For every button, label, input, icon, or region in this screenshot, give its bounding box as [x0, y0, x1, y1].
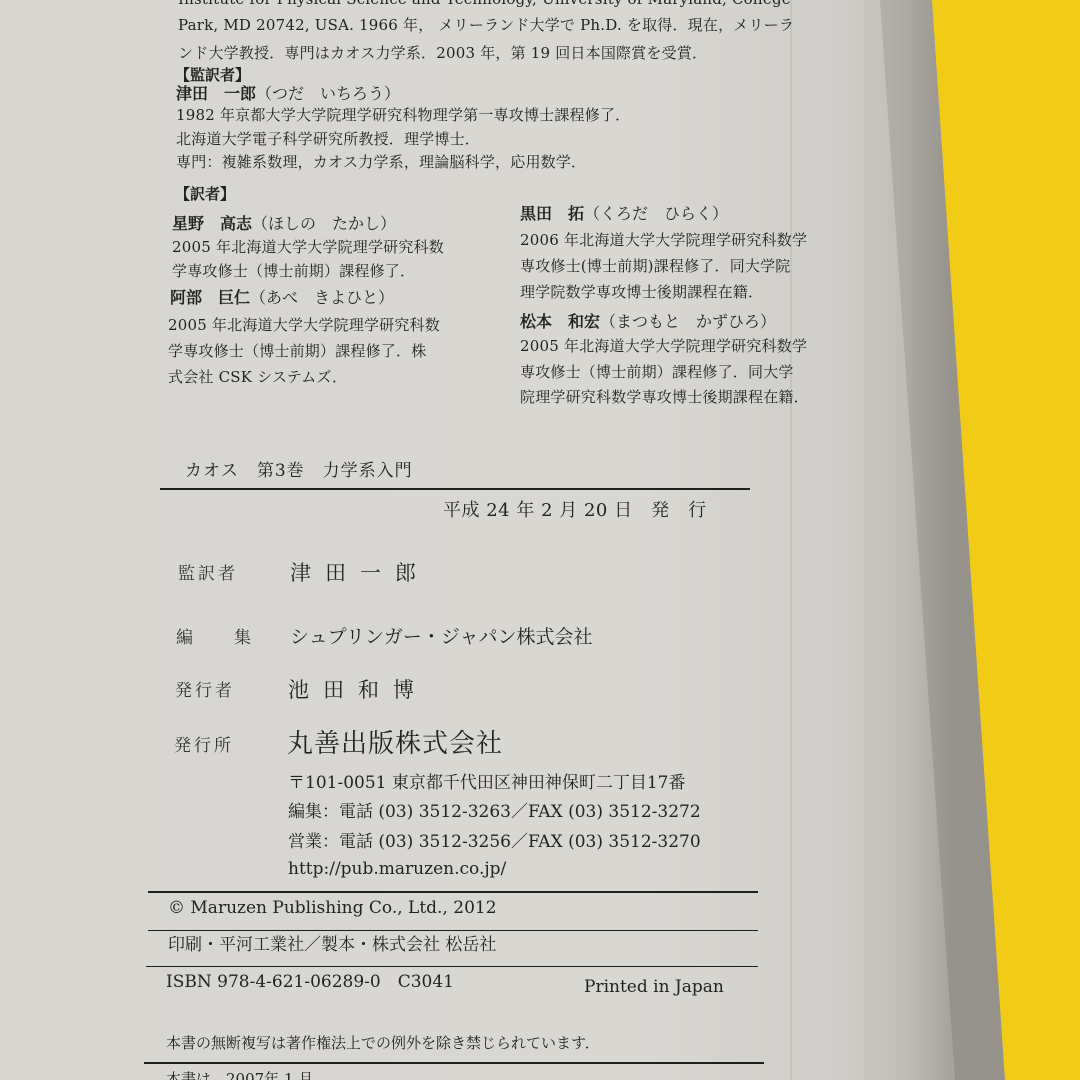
- page-fold-shadow: [790, 0, 792, 1080]
- divider-rule: [144, 1062, 764, 1064]
- divider-rule: [146, 966, 758, 967]
- book-title: カオス 第3巻 力学系入門: [185, 463, 413, 480]
- issuer-label: 発行者: [175, 683, 235, 700]
- translator-reading: （くろだ ひらく）: [584, 204, 728, 223]
- supervisor-bio-1: 1982 年京都大学大学院理学研究科物理学第一専攻博士課程修了．: [176, 108, 630, 123]
- publisher-value: 丸善出版株式会社: [287, 731, 503, 757]
- publisher-label: 発行所: [174, 738, 234, 755]
- translator-reading: （まつもと かずひろ）: [600, 312, 776, 331]
- publication-date: 平成 24 年 2 月 20 日 発 行: [443, 502, 707, 520]
- isbn: ISBN 978-4-621-06289-0 C3041: [166, 974, 454, 991]
- translator-bio: 2005 年北海道大学大学院理学研究科数学: [520, 339, 807, 354]
- translator-bio: 理学院数学専攻博士後期課程在籍．: [520, 285, 763, 300]
- issuer-value: 池田和博: [288, 680, 428, 701]
- translator-bio: 院理学研究科数学専攻博士後期課程在籍．: [520, 390, 809, 405]
- supervisor-name-line: 津田 一郎（つだ いちろう）: [176, 86, 400, 102]
- editorial-contact: 編集：電話 (03) 3512-3263／FAX (03) 3512-3272: [288, 804, 701, 821]
- translator-reading: （あべ きよひと）: [250, 288, 394, 307]
- editor-value: シュプリンガー・ジャパン株式会社: [290, 628, 592, 647]
- printing-binding: 印刷・平河工業社／製本・株式会社 松岳社: [168, 937, 496, 954]
- translators-heading: 【訳者】: [175, 187, 235, 202]
- translator-name-line: 黒田 拓（くろだ ひらく）: [520, 206, 728, 222]
- supervisor-bio-3: 専門：複雑系数理，カオス力学系，理論脳科学，応用数学．: [176, 155, 586, 170]
- copy-notice: 本書の無断複写は著作権法上での例外を除き禁じられています．: [166, 1036, 600, 1051]
- sales-contact: 営業：電話 (03) 3512-3256／FAX (03) 3512-3270: [288, 834, 701, 851]
- translator-name-line: 星野 高志（ほしの たかし）: [172, 216, 396, 232]
- translator-bio: 専攻修士（博士前期）課程修了．同大学: [520, 365, 794, 380]
- translator-name: 星野 高志: [172, 214, 252, 233]
- supervisor-bio-2: 北海道大学電子科学研究所教授．理学博士．: [176, 132, 480, 147]
- cutoff-text: 本書は，2007年 1 月: [166, 1072, 313, 1080]
- copyright-notice: © Maruzen Publishing Co., Ltd., 2012: [168, 900, 497, 917]
- translator-name: 黒田 拓: [520, 204, 584, 223]
- supervisor-reading: （つだ いちろう）: [256, 84, 400, 103]
- translator-bio: 2005 年北海道大学大学院理学研究科数: [172, 240, 444, 255]
- editor-label: 編 集: [176, 630, 263, 647]
- translator-bio: 学専攻修士（博士前期）課程修了．: [172, 264, 415, 279]
- translator-bio: 2005 年北海道大学大学院理学研究科数: [168, 318, 440, 333]
- supervisor-value: 津田一郎: [290, 563, 430, 584]
- divider-rule: [160, 488, 750, 490]
- publisher-address: 〒101-0051 東京都千代田区神田神保町二丁目17番: [288, 775, 686, 792]
- supervisor-name: 津田 一郎: [176, 84, 256, 103]
- translator-name: 松本 和宏: [520, 312, 600, 331]
- divider-rule: [148, 891, 758, 893]
- supervisor-label: 監訳者: [178, 566, 238, 583]
- printed-in: Printed in Japan: [584, 979, 724, 996]
- bio-line-0: Institute for Physical Science and Techn…: [178, 0, 791, 7]
- translator-bio: 学専攻修士（博士前期）課程修了．株: [168, 344, 426, 359]
- bio-line-2: ンド大学教授．専門はカオス力学系．2003 年，第 19 回日本国際賞を受賞．: [178, 46, 707, 61]
- translator-name: 阿部 巨仁: [170, 288, 250, 307]
- translator-bio: 2006 年北海道大学大学院理学研究科数学: [520, 233, 807, 248]
- publisher-url[interactable]: http://pub.maruzen.co.jp/: [288, 861, 506, 878]
- supervisor-heading: 【監訳者】: [175, 68, 250, 83]
- bio-line-1: Park, MD 20742, USA. 1966 年， メリーランド大学で P…: [178, 18, 794, 33]
- translator-name-line: 阿部 巨仁（あべ きよひと）: [170, 290, 394, 306]
- translator-bio: 専攻修士(博士前期)課程修了．同大学院: [520, 259, 791, 274]
- translator-name-line: 松本 和宏（まつもと かずひろ）: [520, 314, 776, 330]
- translator-reading: （ほしの たかし）: [252, 214, 396, 233]
- translator-bio: 式会社 CSK システムズ．: [168, 370, 347, 385]
- divider-rule: [148, 930, 758, 931]
